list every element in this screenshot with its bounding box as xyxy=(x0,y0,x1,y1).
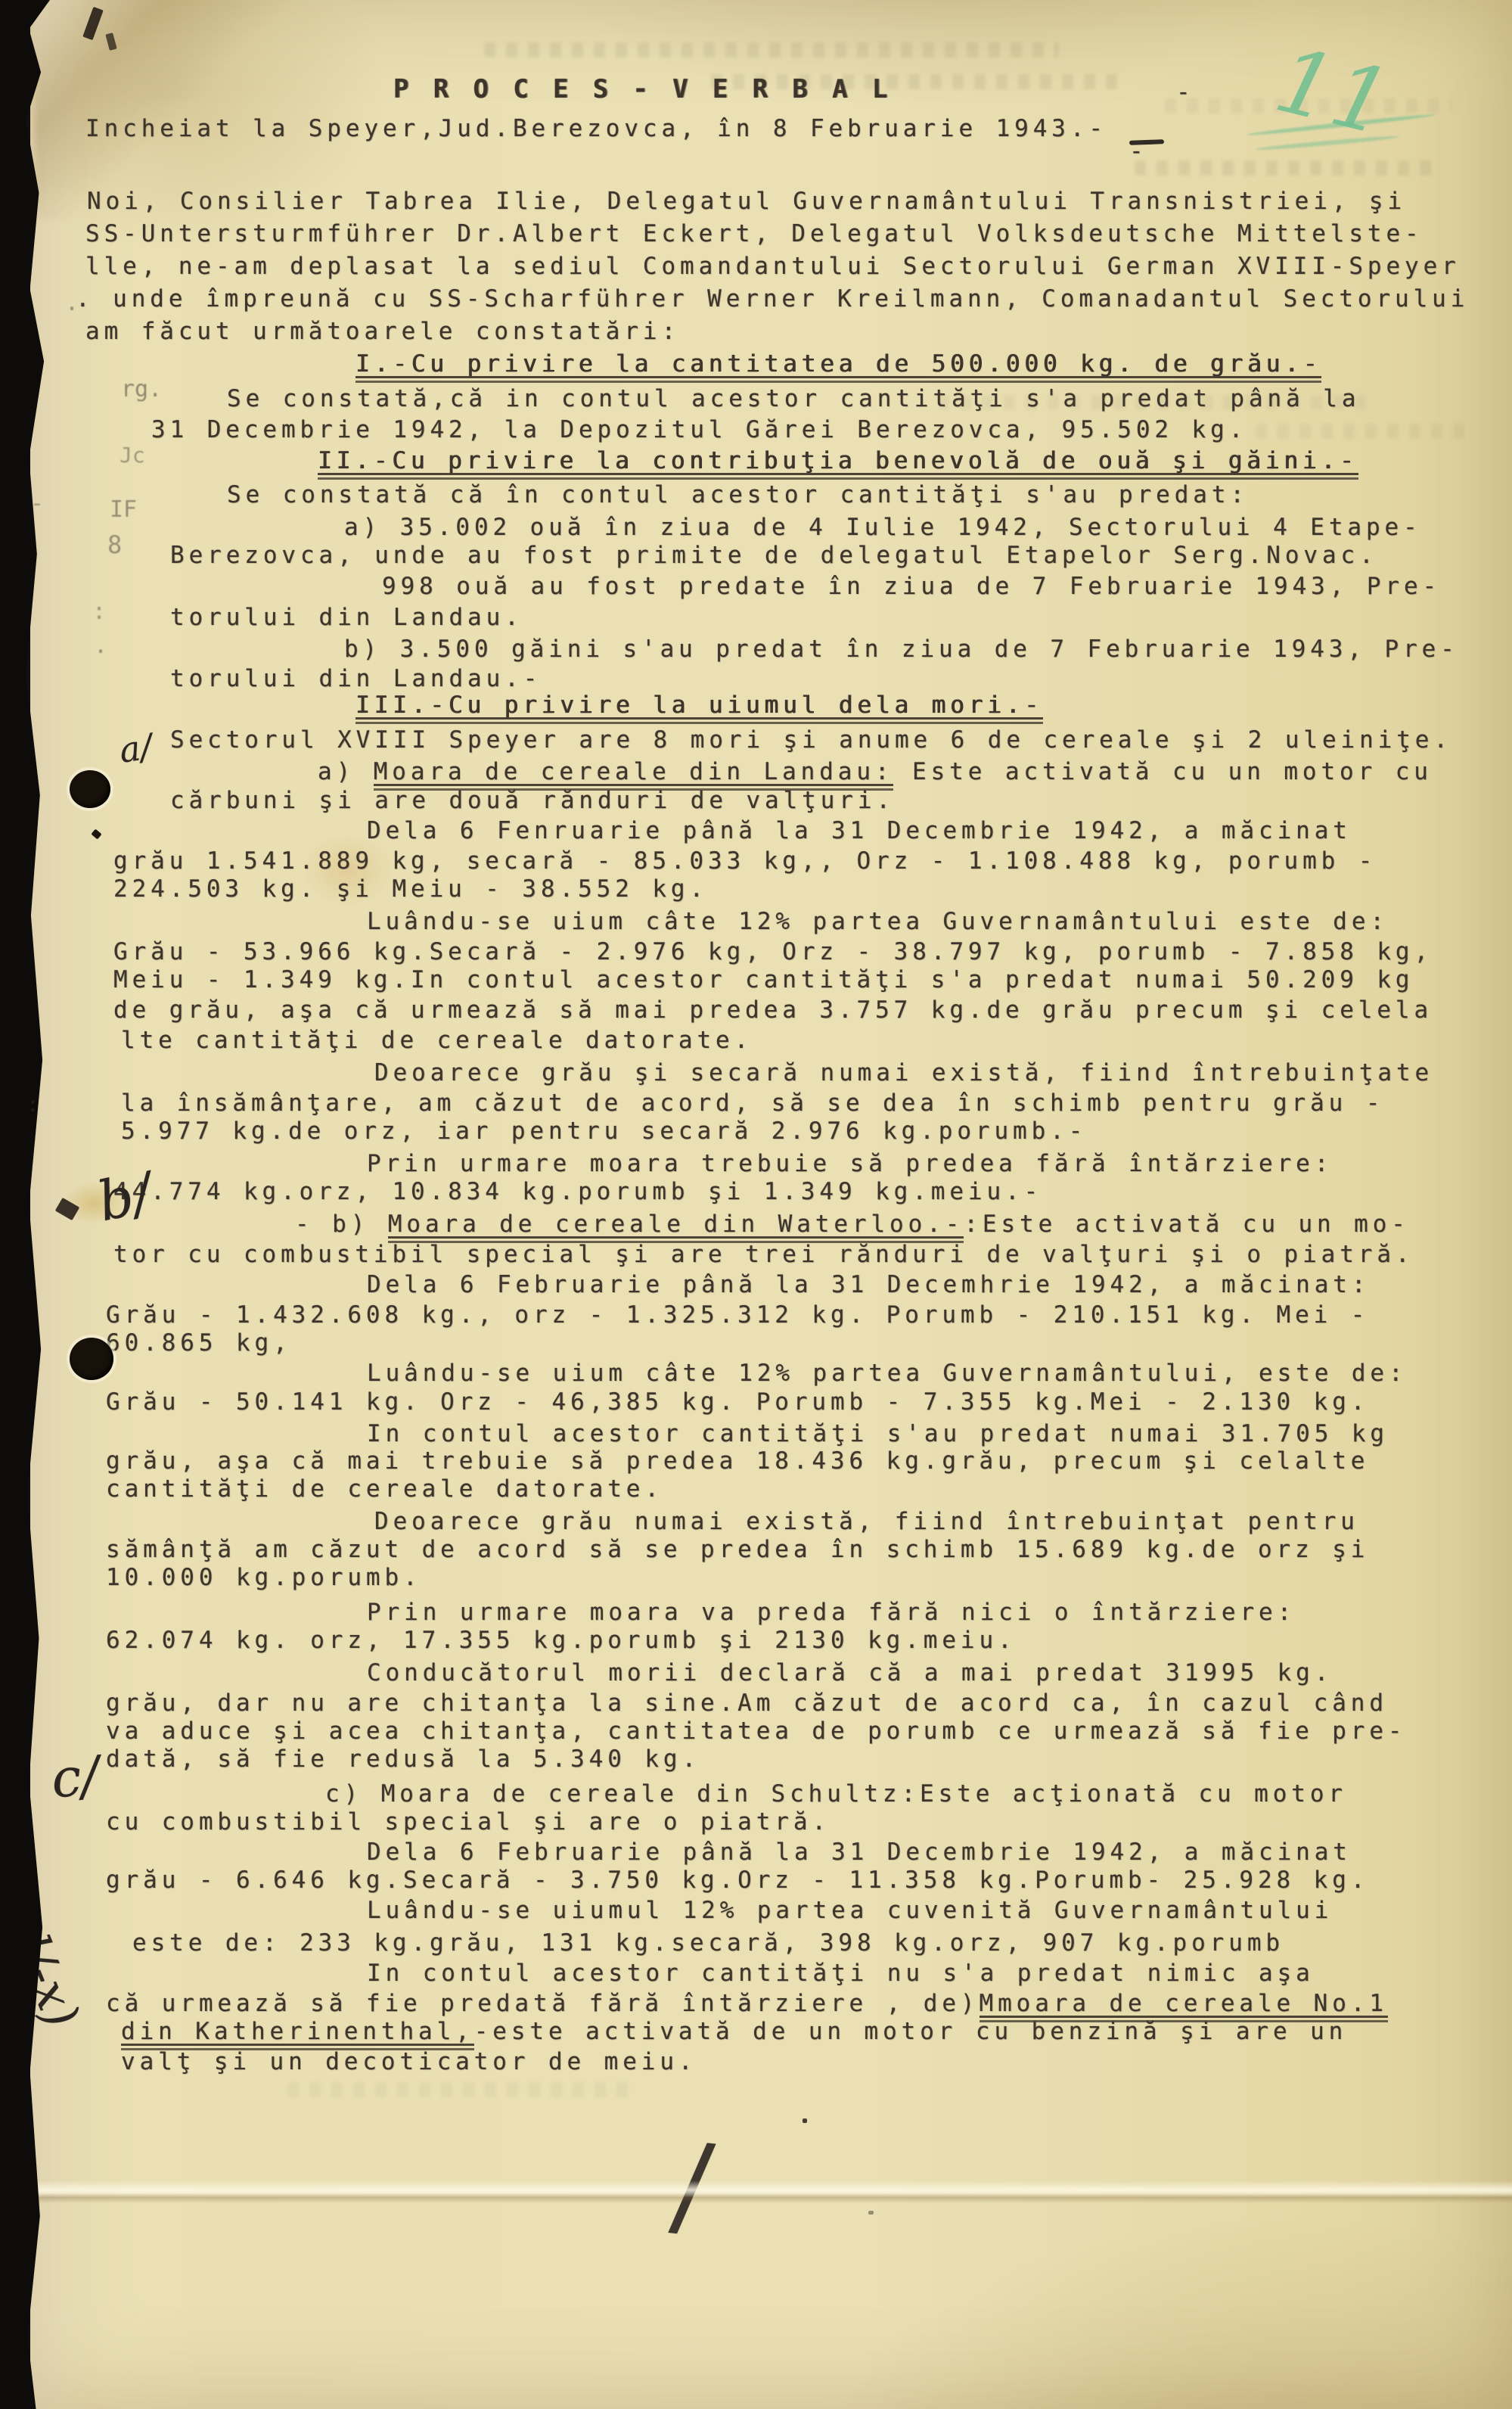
document-line: III.-Cu privire la uiumul dela mori.- xyxy=(355,692,1043,720)
typed-text: că urmează să fie predată fără întărzier… xyxy=(106,1990,980,2017)
typed-text: c) Moara de cereale din Schultz:Este acţ… xyxy=(325,1780,1347,1808)
typed-text: SS-Untersturmführer Dr.Albert Eckert, De… xyxy=(85,220,1424,247)
typed-text: a) 35.002 ouă în ziua de 4 Iulie 1942, S… xyxy=(344,514,1422,541)
typed-text: Prin urmare moara va preda fără nici o î… xyxy=(367,1599,1296,1626)
typed-text: de grău, aşa că urmează să mai predea 3.… xyxy=(113,996,1433,1024)
typed-text: lte cantităţi de cereale datorate. xyxy=(121,1027,753,1054)
typed-text: - xyxy=(1176,79,1195,106)
faint-margin-mark: : xyxy=(92,598,106,625)
document-line: sămânţă am căzut de acord să se predea î… xyxy=(106,1536,1369,1564)
document-line: a) 35.002 ouă în ziua de 4 Iulie 1942, S… xyxy=(344,514,1422,542)
document-line: II.-Cu privire la contribuţia benevolă d… xyxy=(318,447,1358,475)
underlined-text: din Katherinenthal, xyxy=(121,2018,474,2050)
faint-margin-mark: rg. xyxy=(121,376,162,403)
document-line: 44.774 kg.orz, 10.834 kg.porumb şi 1.349… xyxy=(113,1178,1042,1206)
typed-text: la însămânţare, am căzut de acord, să se… xyxy=(121,1089,1384,1117)
typed-text: Sectorul XVIII Speyer are 8 mori şi anum… xyxy=(170,726,1452,754)
typed-text: a) xyxy=(318,758,374,785)
document-line: lle, ne-am deplasat la sediul Comandantu… xyxy=(85,253,1461,281)
faint-margin-mark: Jc xyxy=(120,443,145,468)
typed-text: cu combustibil special şi are o piatră. xyxy=(106,1808,831,1836)
document-line: a) Moara de cereale din Landau: Este act… xyxy=(318,758,1433,786)
document-line: grău 1.541.889 kg, secară - 85.033 kg,, … xyxy=(113,847,1377,875)
faint-margin-mark: . xyxy=(94,633,107,659)
typed-text: grău, aşa că mai trebuie să predea 18.43… xyxy=(106,1447,1369,1475)
document-line: este de: 233 kg.grău, 131 kg.secară, 398… xyxy=(132,1929,1284,1957)
typed-text: torului din Landau.- xyxy=(170,665,542,692)
document-line: Luându-se uium câte 12% partea Guvernamâ… xyxy=(367,908,1389,936)
typed-text: cărbuni şi are două rănduri de valţuri. xyxy=(170,787,895,814)
document-line: dată, să fie redusă la 5.340 kg. xyxy=(106,1745,700,1773)
typed-text: - b) xyxy=(295,1211,388,1238)
underlined-text: Moara de cereale din Landau: xyxy=(374,758,894,791)
typed-text: Se constată,că in contul acestor cantită… xyxy=(227,385,1360,412)
typed-text: Se constată că în contul acestor cantită… xyxy=(227,481,1249,508)
document-line: 998 ouă au fost predate în ziua de 7 Feb… xyxy=(382,573,1441,601)
document-line: P R O C E S - V E R B A L xyxy=(393,76,892,104)
typed-text: Luându-se uium câte 12% partea Guvernamâ… xyxy=(367,908,1389,935)
typed-text: Meiu - 1.349 kg.In contul acestor cantit… xyxy=(113,966,1414,993)
typed-text: cantităţi de cereale datorate. xyxy=(106,1475,663,1503)
document-line: cărbuni şi are două rănduri de valţuri. xyxy=(170,787,895,815)
typed-text: Luându-se uium câte 12% partea Guvernamâ… xyxy=(367,1360,1408,1387)
document-line: Luându-se uium câte 12% partea Guvernamâ… xyxy=(367,1360,1408,1388)
typed-text: Incheiat la Speyer,Jud.Berezovca, în 8 F… xyxy=(85,115,1107,142)
document-scan: P R O C E S - V E R B A L-Incheiat la Sp… xyxy=(0,0,1512,2409)
typed-text: 62.074 kg. orz, 17.355 kg.porumb şi 2130… xyxy=(106,1627,1017,1654)
document-line: cu combustibil special şi are o piatră. xyxy=(106,1808,831,1836)
typed-text: 10.000 kg.porumb. xyxy=(106,1564,422,1591)
document-line: In contul acestor cantităţi nu s'a preda… xyxy=(367,1960,1315,1988)
document-line: lte cantităţi de cereale datorate. xyxy=(121,1027,753,1055)
document-line: va aduce şi acea chitanţa, cantitatea de… xyxy=(106,1717,1406,1745)
typed-text: dată, să fie redusă la 5.340 kg. xyxy=(106,1745,700,1773)
typed-text: P R O C E S - V E R B A L xyxy=(393,74,892,104)
punch-hole-bottom xyxy=(70,1338,113,1380)
document-line: grău, aşa că mai trebuie să predea 18.43… xyxy=(106,1447,1369,1475)
typed-text: Prin urmare moara trebuie să predea fără… xyxy=(367,1150,1333,1177)
document-line: Conducătorul morii declară că a mai pred… xyxy=(367,1659,1333,1687)
typed-text: In contul acestor cantităţi nu s'a preda… xyxy=(367,1960,1315,1987)
document-line: Dela 6 Februarie până la 31 Decembrie 19… xyxy=(367,1839,1352,1867)
typed-text: Grău - 1.432.608 kg., orz - 1.325.312 kg… xyxy=(106,1301,1369,1329)
document-line: la însămânţare, am căzut de acord, să se… xyxy=(121,1089,1384,1117)
typed-text: Deoarece grău numai există, fiind întreb… xyxy=(374,1508,1359,1535)
faint-margin-mark: IF xyxy=(110,496,137,523)
faint-margin-mark: : xyxy=(26,1092,39,1117)
document-line: Prin urmare moara va preda fără nici o î… xyxy=(367,1599,1296,1627)
document-line: 31 Decembrie 1942, la Depozitul Gărei Be… xyxy=(151,416,1247,444)
typed-text: am făcut următoarele constatări: xyxy=(85,318,680,345)
document-line: grău - 6.646 kg.Secară - 3.750 kg.Orz - … xyxy=(106,1867,1369,1895)
punch-hole-top xyxy=(70,770,110,808)
typed-text: tor cu combustibil special şi are trei r… xyxy=(113,1241,1414,1268)
typed-text: Noi, Consilier Tabrea Ilie, Delegatul Gu… xyxy=(87,188,1406,215)
document-line: - xyxy=(1176,79,1195,107)
typed-text: torului din Landau. xyxy=(170,604,523,631)
underlined-text: Moara de cereale din Waterloo.- xyxy=(388,1211,964,1243)
document-line: că urmează să fie predată fără întărzier… xyxy=(106,1990,1388,2018)
typed-text: . unde împreună cu SS-Scharführer Werner… xyxy=(76,285,1469,312)
document-line: din Katherinenthal,-este activată de un … xyxy=(121,2018,1347,2046)
document-line: I.-Cu privire la cantitatea de 500.000 k… xyxy=(355,350,1321,378)
typed-text: :Este activată cu un mo- xyxy=(964,1211,1410,1238)
document-line: tor cu combustibil special şi are trei r… xyxy=(113,1241,1414,1269)
document-line: Deoarece grău numai există, fiind întreb… xyxy=(374,1508,1359,1536)
document-line: Sectorul XVIII Speyer are 8 mori şi anum… xyxy=(170,726,1452,754)
typed-text: 224.503 kg. şi Meiu - 38.552 kg. xyxy=(113,875,708,903)
document-line: 62.074 kg. orz, 17.355 kg.porumb şi 2130… xyxy=(106,1627,1017,1655)
typed-text: 44.774 kg.orz, 10.834 kg.porumb şi 1.349… xyxy=(113,1178,1042,1205)
document-line: b) 3.500 găini s'au predat în ziua de 7 … xyxy=(344,636,1459,664)
document-line: Meiu - 1.349 kg.In contul acestor cantit… xyxy=(113,966,1414,994)
document-line: am făcut următoarele constatări: xyxy=(85,318,680,346)
typed-text: In contul acestor cantităţi s'au predat … xyxy=(367,1420,1389,1447)
typed-text: va aduce şi acea chitanţa, cantitatea de… xyxy=(106,1717,1406,1745)
document-line: Grău - 1.432.608 kg., orz - 1.325.312 kg… xyxy=(106,1301,1369,1329)
document-line: In contul acestor cantităţi s'au predat … xyxy=(367,1420,1389,1448)
document-line: SS-Untersturmführer Dr.Albert Eckert, De… xyxy=(85,220,1424,248)
document-line: Dela 6 Fenruarie până la 31 Decembrie 19… xyxy=(367,817,1352,845)
typed-text: b) 3.500 găini s'au predat în ziua de 7 … xyxy=(344,636,1459,663)
underlined-text: III.-Cu privire la uiumul dela mori.- xyxy=(355,692,1043,724)
typed-text: Dela 6 Fenruarie până la 31 Decembrie 19… xyxy=(367,817,1352,844)
typed-text: -este activată de un motor cu benzină şi… xyxy=(474,2018,1348,2045)
typed-text: lle, ne-am deplasat la sediul Comandantu… xyxy=(85,253,1461,280)
typed-text: grău, dar nu are chitanţa la sine.Am căz… xyxy=(106,1689,1388,1717)
margin-note-c: c/ xyxy=(49,1744,102,1810)
document-line: Grău - 53.966 kg.Secară - 2.976 kg, Orz … xyxy=(113,938,1433,966)
document-line: cantităţi de cereale datorate. xyxy=(106,1475,663,1503)
typed-text: Este activată cu un motor cu xyxy=(893,758,1432,785)
document-line: Se constată că în contul acestor cantită… xyxy=(227,481,1249,509)
faint-margin-mark: - xyxy=(30,490,44,517)
document-line: Luându-se uiumul 12% partea cuvenită Guv… xyxy=(367,1897,1333,1925)
document-line: 10.000 kg.porumb. xyxy=(106,1564,422,1592)
document-line: Dela 6 Februarie până la 31 Decemhrie 19… xyxy=(367,1271,1370,1299)
typed-text: grău 1.541.889 kg, secară - 85.033 kg,, … xyxy=(113,847,1377,875)
document-line: c) Moara de cereale din Schultz:Este acţ… xyxy=(325,1780,1347,1808)
ink-speck xyxy=(803,2118,807,2123)
typed-text: sămânţă am căzut de acord să se predea î… xyxy=(106,1536,1369,1563)
typed-text: Grău - 53.966 kg.Secară - 2.976 kg, Orz … xyxy=(113,938,1433,965)
typed-text: 31 Decembrie 1942, la Depozitul Gărei Be… xyxy=(151,416,1247,443)
bleedthrough-ghost xyxy=(1256,424,1467,439)
typed-text: Dela 6 Februarie până la 31 Decembrie 19… xyxy=(367,1839,1352,1866)
document-line: de grău, aşa că urmează să mai predea 3.… xyxy=(113,996,1433,1024)
document-line: torului din Landau. xyxy=(170,604,523,632)
bleedthrough-ghost xyxy=(484,42,1059,58)
document-line: valţ şi un decoticator de meiu. xyxy=(121,2048,697,2076)
typed-text: Berezovca, unde au fost primite de deleg… xyxy=(170,542,1378,569)
typed-text: este de: 233 kg.grău, 131 kg.secară, 398… xyxy=(132,1929,1284,1957)
typed-text: Dela 6 Februarie până la 31 Decemhrie 19… xyxy=(367,1271,1370,1298)
typed-text: Luându-se uiumul 12% partea cuvenită Guv… xyxy=(367,1897,1333,1924)
document-line: Se constată,că in contul acestor cantită… xyxy=(227,385,1360,413)
document-line: 224.503 kg. şi Meiu - 38.552 kg. xyxy=(113,875,708,903)
faint-margin-mark: . xyxy=(65,290,79,316)
document-line: Incheiat la Speyer,Jud.Berezovca, în 8 F… xyxy=(85,115,1107,143)
typed-text: Grău - 50.141 kg. Orz - 46,385 kg. Porum… xyxy=(106,1388,1369,1416)
bleedthrough-ghost xyxy=(1135,160,1437,176)
document-line: 5.977 kg.de orz, iar pentru secară 2.976… xyxy=(121,1117,1087,1145)
faint-margin-mark: 8 xyxy=(107,530,122,559)
bleedthrough-ghost xyxy=(287,2082,635,2097)
typed-text: Deoarece grău şi secară numai există, fi… xyxy=(374,1059,1433,1086)
document-line: Noi, Consilier Tabrea Ilie, Delegatul Gu… xyxy=(87,188,1406,216)
document-line: Grău - 50.141 kg. Orz - 46,385 kg. Porum… xyxy=(106,1388,1369,1416)
document-line: Berezovca, unde au fost primite de deleg… xyxy=(170,542,1378,570)
typed-text: Conducătorul morii declară că a mai pred… xyxy=(367,1659,1333,1686)
margin-note-a: a/ xyxy=(116,726,154,770)
document-line: 60.865 kg, xyxy=(106,1329,292,1357)
typed-text: 60.865 kg, xyxy=(106,1329,292,1357)
typed-text: grău - 6.646 kg.Secară - 3.750 kg.Orz - … xyxy=(106,1867,1369,1894)
typed-text: valţ şi un decoticator de meiu. xyxy=(121,2048,697,2075)
underlined-text: II.-Cu privire la contribuţia benevolă d… xyxy=(318,447,1358,480)
document-line: Deoarece grău şi secară numai există, fi… xyxy=(374,1059,1433,1087)
document-line: Prin urmare moara trebuie să predea fără… xyxy=(367,1150,1333,1178)
document-line: - b) Moara de cereale din Waterloo.-:Est… xyxy=(295,1211,1410,1239)
ink-speck xyxy=(868,2211,874,2215)
document-line: . unde împreună cu SS-Scharführer Werner… xyxy=(76,285,1469,313)
document-line: torului din Landau.- xyxy=(170,665,542,693)
document-line: grău, dar nu are chitanţa la sine.Am căz… xyxy=(106,1689,1388,1717)
typed-text: 998 ouă au fost predate în ziua de 7 Feb… xyxy=(382,573,1441,600)
underlined-text: I.-Cu privire la cantitatea de 500.000 k… xyxy=(355,350,1321,383)
typed-text: 5.977 kg.de orz, iar pentru secară 2.976… xyxy=(121,1117,1087,1145)
